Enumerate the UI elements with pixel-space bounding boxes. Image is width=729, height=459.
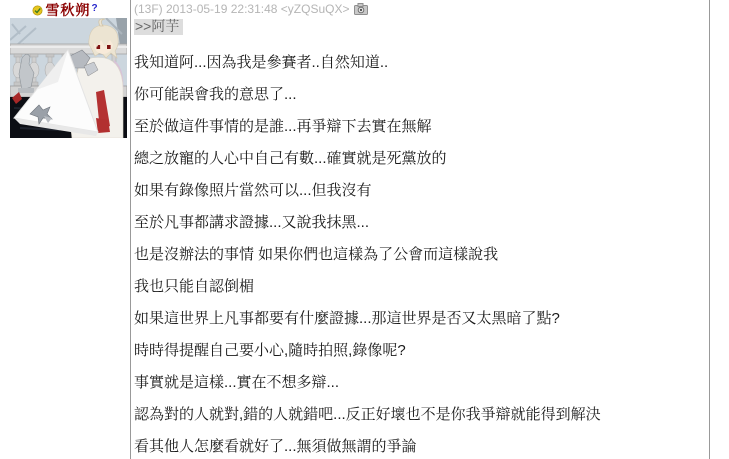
post-paragraph: 總之放寵的人心中自己有數...確實就是死黨放的 [134, 151, 709, 166]
post-paragraph: 如果有錄像照片當然可以...但我沒有 [134, 183, 709, 198]
avatar-image [10, 18, 127, 138]
post-body: 我知道阿...因為我是參賽者..自然知道..你可能誤會我的意思了...至於做這件… [134, 55, 709, 454]
forum-post-page: 雪秋朔? [0, 0, 729, 459]
author-sidebar: 雪秋朔? [0, 0, 131, 459]
post-paragraph: 我知道阿...因為我是參賽者..自然知道.. [134, 55, 709, 70]
post-header: (13F) 2013-05-19 22:31:48 <yZQSuQX> [134, 3, 709, 16]
post-paragraph: 看其他人怎麼看就好了...無須做無謂的爭論 [134, 439, 709, 454]
help-link[interactable]: ? [91, 3, 97, 14]
author-name: 雪秋朔 [45, 2, 90, 18]
post-column: (13F) 2013-05-19 22:31:48 <yZQSuQX> >>阿芋… [131, 0, 710, 459]
quote-link[interactable]: >>阿芋 [134, 19, 183, 35]
post-paragraph: 你可能誤會我的意思了... [134, 87, 709, 102]
post-paragraph: 認為對的人就對,錯的人就錯吧...反正好壞也不是你我爭辯就能得到解決 [134, 407, 709, 422]
post-paragraph: 事實就是這樣...實在不想多辯... [134, 375, 709, 390]
rosette-check-icon [32, 5, 43, 19]
author-line: 雪秋朔? [0, 2, 130, 17]
post-meta: (13F) 2013-05-19 22:31:48 <yZQSuQX> [134, 2, 349, 16]
post-paragraph: 我也只能自認倒楣 [134, 279, 709, 294]
post-paragraph: 如果這世界上凡事都要有什麼證據...那這世界是否又太黑暗了點? [134, 311, 709, 326]
post-paragraph: 時時得提醒自己要小心,隨時拍照,錄像呢? [134, 343, 709, 358]
post-paragraph: 至於做這件事情的是誰...再爭辯下去實在無解 [134, 119, 709, 134]
post-paragraph: 也是沒辦法的事情 如果你們也這樣為了公會而這樣說我 [134, 247, 709, 262]
post-paragraph: 至於凡事都講求證據...又說我抹黑... [134, 215, 709, 230]
camera-icon[interactable] [354, 3, 368, 18]
